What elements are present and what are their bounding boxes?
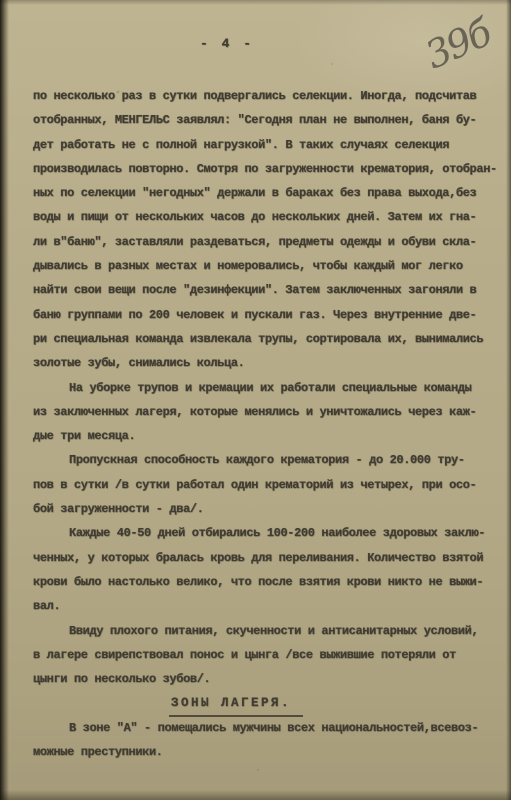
typed-line: дывались в разных местах и номеровались,… bbox=[33, 254, 505, 278]
scan-edge-right bbox=[506, 0, 511, 800]
typed-line: В зоне "А" - помещались мужчины всех нац… bbox=[33, 716, 505, 740]
typed-line: Ввиду плохого питания, скученности и ант… bbox=[33, 619, 505, 643]
typed-line: отобранных, МЕНГЕЛЬС заявлял: "Сегодня п… bbox=[33, 108, 505, 132]
typed-line: ри специальная команда извлекала трупы, … bbox=[33, 327, 505, 351]
paragraph: На уборке трупов и кремации их работали … bbox=[33, 376, 505, 449]
typed-line: ли в"баню", заставляли раздеваться, пред… bbox=[33, 230, 505, 254]
typed-line: дые три месяца. bbox=[33, 424, 505, 448]
typed-line: найти свои вещи после "дезинфекции". Зат… bbox=[33, 278, 505, 302]
page-number: - 4 - bbox=[192, 36, 262, 51]
scan-edge-top bbox=[0, 0, 511, 5]
typed-line: пов в сутки /в сутки работал один кремат… bbox=[33, 473, 505, 497]
section-heading: ЗОНЫ ЛАГЕРЯ. bbox=[169, 692, 303, 717]
typed-line: воды и пищи от нескольких часов до неско… bbox=[33, 205, 505, 229]
typed-line: можные преступники. bbox=[33, 740, 505, 764]
paragraph: Пропускная способность каждого крематори… bbox=[33, 448, 505, 521]
paragraph: Ввиду плохого питания, скученности и ант… bbox=[33, 619, 505, 692]
scan-edge-left bbox=[0, 0, 9, 800]
typed-line: крови было настолько велико, что после в… bbox=[33, 570, 505, 594]
section-heading-row: ЗОНЫ ЛАГЕРЯ. bbox=[33, 691, 505, 715]
typed-line: цынги по несколько зубов/. bbox=[33, 667, 505, 691]
typed-line: Каждые 40-50 дней отбирались 100-200 наи… bbox=[33, 521, 505, 545]
typed-line: баню группами по 200 человек и пускали г… bbox=[33, 303, 505, 327]
typed-line: производилась повторно. Смотря по загруж… bbox=[33, 157, 505, 181]
typed-line: Пропускная способность каждого крематори… bbox=[33, 448, 505, 472]
typed-line: вал. bbox=[33, 594, 505, 618]
document-body: по несколько раз в сутки подвергались се… bbox=[33, 84, 505, 764]
typed-line: золотые зубы, снимались кольца. bbox=[33, 351, 505, 375]
typed-line: ченных, у которых бралась кровь для пере… bbox=[33, 546, 505, 570]
paragraph: по несколько раз в сутки подвергались се… bbox=[33, 84, 505, 376]
typed-line: На уборке трупов и кремации их работали … bbox=[33, 376, 505, 400]
paragraph: Каждые 40-50 дней отбирались 100-200 наи… bbox=[33, 521, 505, 618]
typed-line: ных по селекции "негодных" держали в бар… bbox=[33, 181, 505, 205]
typed-line: дет работать не с полной нагрузкой". В т… bbox=[33, 133, 505, 157]
typed-line: из заключенных лагеря, которые менялись … bbox=[33, 400, 505, 424]
scan-edge-bottom bbox=[0, 790, 511, 800]
typed-line: бой загруженности - два/. bbox=[33, 497, 505, 521]
typed-line: по несколько раз в сутки подвергались се… bbox=[33, 84, 505, 108]
paragraph: В зоне "А" - помещались мужчины всех нац… bbox=[33, 716, 505, 765]
typed-line: в лагере свирепствовал понос и цынга /вс… bbox=[33, 643, 505, 667]
